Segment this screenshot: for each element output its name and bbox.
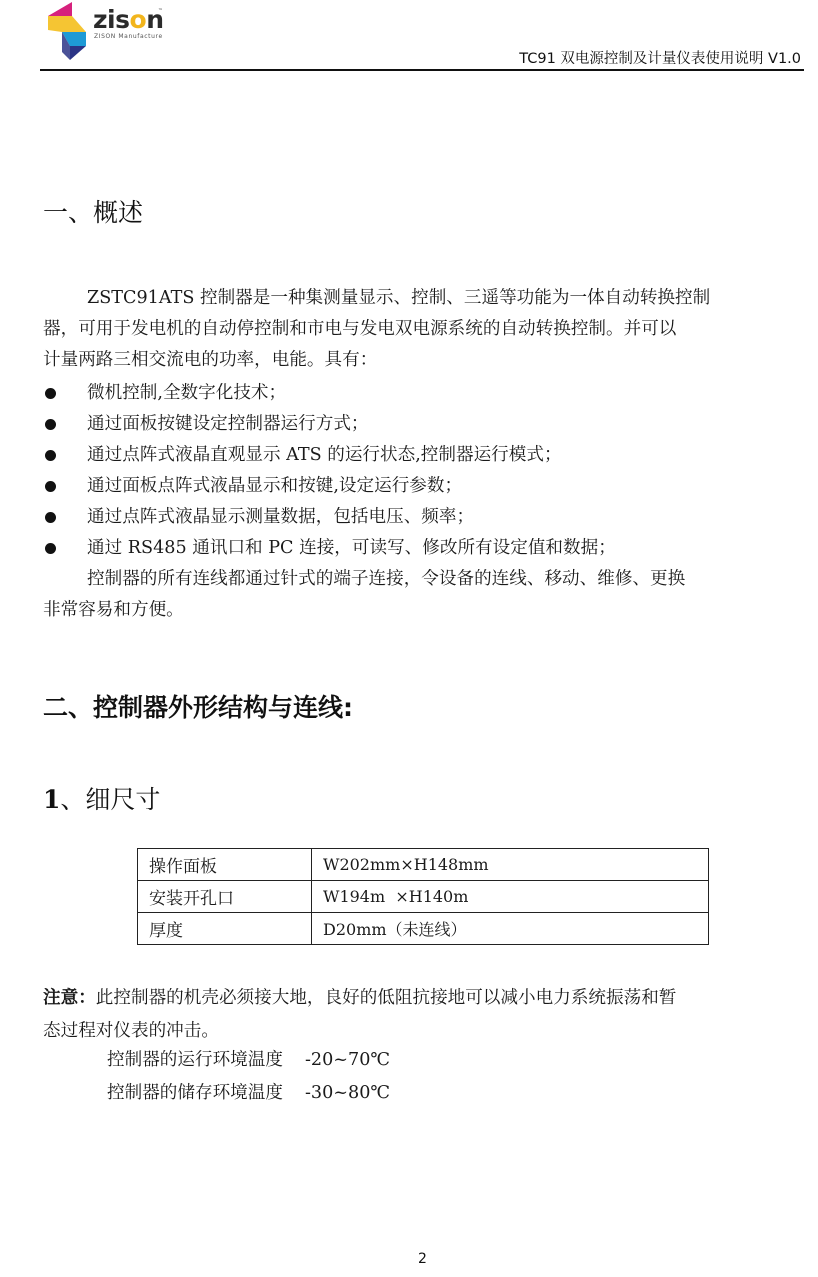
table-row: 安装开孔口 W194m ×H140m bbox=[138, 881, 709, 913]
subsection-number: 1 bbox=[43, 785, 60, 814]
overview-intro: ZSTC91ATS 控制器是一种集测量显示、控制、三遥等功能为一体自动转换控制 … bbox=[43, 283, 805, 376]
table-cell-value: W194m ×H140m bbox=[312, 881, 709, 913]
table-cell-value: D20mm（未连线） bbox=[312, 913, 709, 945]
closing-line: 控制器的所有连线都通过针式的端子连接，令设备的连线、移动、维修、更换 bbox=[43, 564, 805, 595]
temperature-row: 控制器的储存环境温度-30~80℃ bbox=[107, 1077, 390, 1110]
table-row: 厚度 D20mm（未连线） bbox=[138, 913, 709, 945]
dimensions-table: 操作面板 W202mm×H148mm 安装开孔口 W194m ×H140m 厚度… bbox=[137, 848, 709, 945]
logo-wordmark-prefix: zis bbox=[93, 5, 130, 34]
bullet-icon bbox=[45, 419, 56, 430]
section-heading-structure: 二、控制器外形结构与连线: bbox=[43, 688, 353, 724]
feature-text: 通过面板点阵式液晶显示和按键,设定运行参数； bbox=[87, 471, 462, 502]
grounding-note: 注意：此控制器的机壳必须接大地，良好的低阻抗接地可以减小电力系统振荡和暂 态过程… bbox=[43, 982, 805, 1048]
subsection-title: 、细尺寸 bbox=[60, 785, 160, 814]
temperature-value: -30~80℃ bbox=[305, 1083, 390, 1103]
feature-list-item: 通过点阵式液晶直观显示 ATS 的运行状态,控制器运行模式； bbox=[43, 440, 805, 471]
table-row: 操作面板 W202mm×H148mm bbox=[138, 849, 709, 881]
table-cell-label: 安装开孔口 bbox=[138, 881, 312, 913]
feature-list: 微机控制,全数字化技术； 通过面板按键设定控制器运行方式； 通过点阵式液晶直观显… bbox=[43, 378, 805, 564]
temperature-row: 控制器的运行环境温度-20~70℃ bbox=[107, 1044, 390, 1077]
note-label: 注意： bbox=[43, 988, 96, 1008]
zison-logo-icon bbox=[46, 2, 88, 60]
temperature-specs: 控制器的运行环境温度-20~70℃ 控制器的储存环境温度-30~80℃ bbox=[107, 1044, 390, 1110]
temperature-label: 控制器的储存环境温度 bbox=[107, 1083, 283, 1103]
temperature-label: 控制器的运行环境温度 bbox=[107, 1050, 283, 1070]
header-divider bbox=[40, 69, 804, 71]
intro-line: 计量两路三相交流电的功率，电能。具有： bbox=[43, 345, 805, 376]
page-number: 2 bbox=[0, 1251, 818, 1267]
document-title: TC91 双电源控制及计量仪表使用说明 V1.0 bbox=[519, 47, 801, 68]
feature-list-item: 通过 RS485 通讯口和 PC 连接，可读写、修改所有设定值和数据； bbox=[43, 533, 805, 564]
feature-text: 通过点阵式液晶显示测量数据，包括电压、频率； bbox=[87, 502, 474, 533]
bullet-icon bbox=[45, 450, 56, 461]
feature-text: 微机控制,全数字化技术； bbox=[87, 378, 286, 409]
feature-list-item: 微机控制,全数字化技术； bbox=[43, 378, 805, 409]
bullet-icon bbox=[45, 512, 56, 523]
note-line: 注意：此控制器的机壳必须接大地，良好的低阻抗接地可以减小电力系统振荡和暂 bbox=[43, 982, 805, 1015]
table-cell-value: W202mm×H148mm bbox=[312, 849, 709, 881]
trademark-symbol: ™ bbox=[158, 8, 163, 14]
feature-list-item: 通过点阵式液晶显示测量数据，包括电压、频率； bbox=[43, 502, 805, 533]
feature-text: 通过 RS485 通讯口和 PC 连接，可读写、修改所有设定值和数据； bbox=[87, 533, 616, 564]
intro-line: 器，可用于发电机的自动停控制和市电与发电双电源系统的自动转换控制。并可以 bbox=[43, 314, 805, 345]
bullet-icon bbox=[45, 481, 56, 492]
logo-subtitle: ZISON Manufacture bbox=[94, 33, 163, 40]
page-header: zison ™ ZISON Manufacture TC91 双电源控制及计量仪… bbox=[0, 0, 818, 72]
feature-list-item: 通过面板点阵式液晶显示和按键,设定运行参数； bbox=[43, 471, 805, 502]
logo-wordmark: zison bbox=[93, 6, 164, 34]
section-heading-overview: 一、概述 bbox=[43, 193, 143, 229]
bullet-icon bbox=[45, 388, 56, 399]
note-text: 此控制器的机壳必须接大地，良好的低阻抗接地可以减小电力系统振荡和暂 bbox=[96, 988, 677, 1008]
table-cell-label: 操作面板 bbox=[138, 849, 312, 881]
feature-text: 通过面板按键设定控制器运行方式； bbox=[87, 409, 369, 440]
overview-closing: 控制器的所有连线都通过针式的端子连接，令设备的连线、移动、维修、更换 非常容易和… bbox=[43, 564, 805, 626]
subsection-heading-dimensions: 1、细尺寸 bbox=[43, 780, 160, 816]
closing-line: 非常容易和方便。 bbox=[43, 595, 805, 626]
intro-line: ZSTC91ATS 控制器是一种集测量显示、控制、三遥等功能为一体自动转换控制 bbox=[43, 283, 805, 314]
temperature-value: -20~70℃ bbox=[305, 1050, 390, 1070]
logo-wordmark-o: o bbox=[130, 5, 147, 34]
feature-text: 通过点阵式液晶直观显示 ATS 的运行状态,控制器运行模式； bbox=[87, 440, 562, 471]
bullet-icon bbox=[45, 543, 56, 554]
table-cell-label: 厚度 bbox=[138, 913, 312, 945]
feature-list-item: 通过面板按键设定控制器运行方式； bbox=[43, 409, 805, 440]
